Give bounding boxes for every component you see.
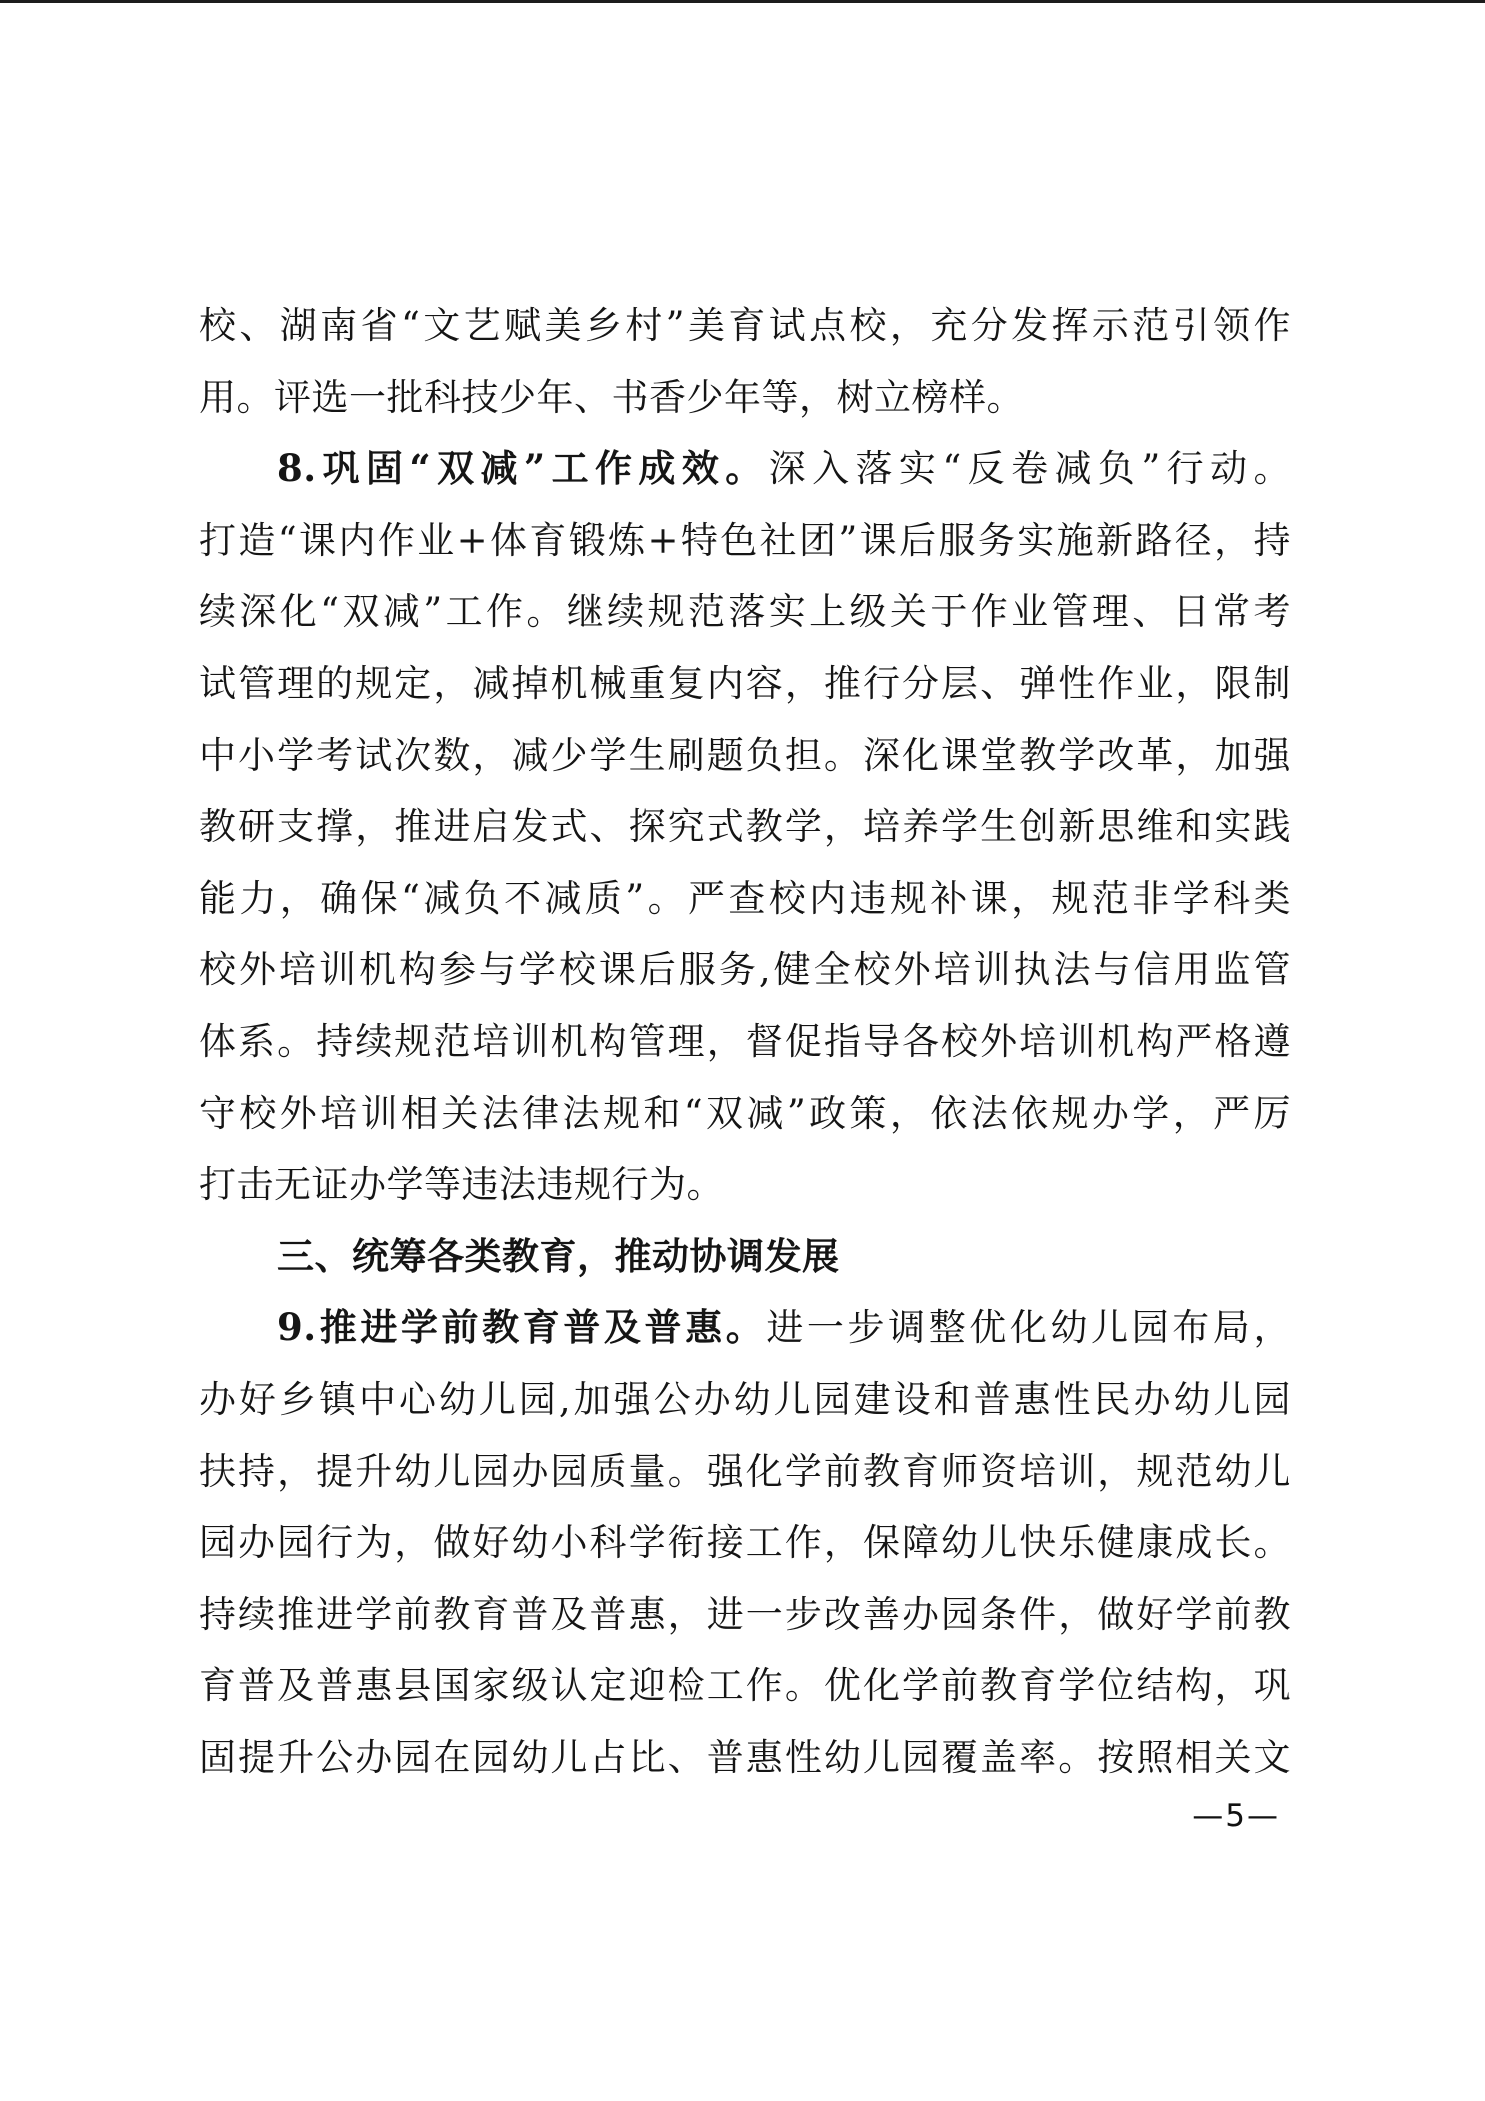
text-segment: 打击无证办学等违法违规行为。 [199, 1163, 724, 1206]
bold-text-segment: 三、统筹各类教育，推动协调发展 [277, 1234, 840, 1278]
text-segment: 用。评选一批科技少年、书香少年等，树立榜样。 [199, 376, 1024, 419]
text-segment: 深入落实“反卷减负”行动。 [769, 447, 1291, 490]
scan-edge-top [0, 0, 1485, 3]
text-line: 8.巩固“双减”工作成效。深入落实“反卷减负”行动。 [199, 433, 1291, 505]
text-segment: 扶持，提升幼儿园办园质量。强化学前教育师资培训，规范幼儿 [199, 1450, 1291, 1493]
text-line: 9.推进学前教育普及普惠。进一步调整优化幼儿园布局， [199, 1292, 1291, 1364]
text-line: 三、统筹各类教育，推动协调发展 [199, 1221, 1291, 1293]
text-segment: 办好乡镇中心幼儿园,加强公办幼儿园建设和普惠性民办幼儿园 [199, 1378, 1291, 1421]
text-line: 园办园行为，做好幼小科学衔接工作，保障幼儿快乐健康成长。 [199, 1507, 1291, 1579]
text-segment: 续深化“双减”工作。继续规范落实上级关于作业管理、日常考 [199, 590, 1291, 633]
text-line: 持续推进学前教育普及普惠，进一步改善办园条件，做好学前教 [199, 1579, 1291, 1651]
text-line: 中小学考试次数，减少学生刷题负担。深化课堂教学改革，加强 [199, 720, 1291, 792]
page-number: —5— [1192, 1798, 1280, 1834]
text-line: 育普及普惠县国家级认定迎检工作。优化学前教育学位结构，巩 [199, 1650, 1291, 1722]
document-page: 校、湖南省“文艺赋美乡村”美育试点校，充分发挥示范引领作用。评选一批科技少年、书… [0, 0, 1485, 2101]
text-line: 教研支撑，推进启发式、探究式教学，培养学生创新思维和实践 [199, 791, 1291, 863]
text-segment: 守校外培训相关法律法规和“双减”政策，依法依规办学，严厉 [199, 1092, 1291, 1135]
text-segment: 体系。持续规范培训机构管理，督促指导各校外培训机构严格遵 [199, 1020, 1291, 1063]
text-line: 试管理的规定，减掉机械重复内容，推行分层、弹性作业，限制 [199, 648, 1291, 720]
document-body: 校、湖南省“文艺赋美乡村”美育试点校，充分发挥示范引领作用。评选一批科技少年、书… [199, 290, 1291, 1793]
text-line: 固提升公办园在园幼儿占比、普惠性幼儿园覆盖率。按照相关文 [199, 1722, 1291, 1794]
text-line: 体系。持续规范培训机构管理，督促指导各校外培训机构严格遵 [199, 1006, 1291, 1078]
text-segment: 中小学考试次数，减少学生刷题负担。深化课堂教学改革，加强 [199, 734, 1291, 777]
text-segment: 育普及普惠县国家级认定迎检工作。优化学前教育学位结构，巩 [199, 1664, 1291, 1707]
text-line: 校、湖南省“文艺赋美乡村”美育试点校，充分发挥示范引领作 [199, 290, 1291, 362]
text-line: 扶持，提升幼儿园办园质量。强化学前教育师资培训，规范幼儿 [199, 1436, 1291, 1508]
text-segment: 固提升公办园在园幼儿占比、普惠性幼儿园覆盖率。按照相关文 [199, 1736, 1291, 1779]
text-segment: 教研支撑，推进启发式、探究式教学，培养学生创新思维和实践 [199, 805, 1291, 848]
text-segment: 能力，确保“减负不减质”。严查校内违规补课，规范非学科类 [199, 877, 1291, 920]
text-line: 用。评选一批科技少年、书香少年等，树立榜样。 [199, 362, 1291, 434]
text-segment: 进一步调整优化幼儿园布局， [766, 1306, 1291, 1349]
text-line: 守校外培训相关法律法规和“双减”政策，依法依规办学，严厉 [199, 1078, 1291, 1150]
text-segment: 校外培训机构参与学校课后服务,健全校外培训执法与信用监管 [199, 948, 1291, 991]
text-segment: 试管理的规定，减掉机械重复内容，推行分层、弹性作业，限制 [199, 662, 1291, 705]
text-line: 校外培训机构参与学校课后服务,健全校外培训执法与信用监管 [199, 934, 1291, 1006]
text-segment: 园办园行为，做好幼小科学衔接工作，保障幼儿快乐健康成长。 [199, 1521, 1291, 1564]
text-segment: 打造“课内作业+体育锻炼+特色社团”课后服务实施新路径，持 [199, 519, 1291, 562]
text-segment: 持续推进学前教育普及普惠，进一步改善办园条件，做好学前教 [199, 1593, 1291, 1636]
text-line: 能力，确保“减负不减质”。严查校内违规补课，规范非学科类 [199, 863, 1291, 935]
text-line: 续深化“双减”工作。继续规范落实上级关于作业管理、日常考 [199, 576, 1291, 648]
text-line: 打造“课内作业+体育锻炼+特色社团”课后服务实施新路径，持 [199, 505, 1291, 577]
bold-text-segment: 9.推进学前教育普及普惠。 [277, 1305, 766, 1349]
bold-text-segment: 8.巩固“双减”工作成效。 [277, 446, 769, 490]
text-line: 打击无证办学等违法违规行为。 [199, 1149, 1291, 1221]
text-line: 办好乡镇中心幼儿园,加强公办幼儿园建设和普惠性民办幼儿园 [199, 1364, 1291, 1436]
text-segment: 校、湖南省“文艺赋美乡村”美育试点校，充分发挥示范引领作 [199, 304, 1291, 347]
